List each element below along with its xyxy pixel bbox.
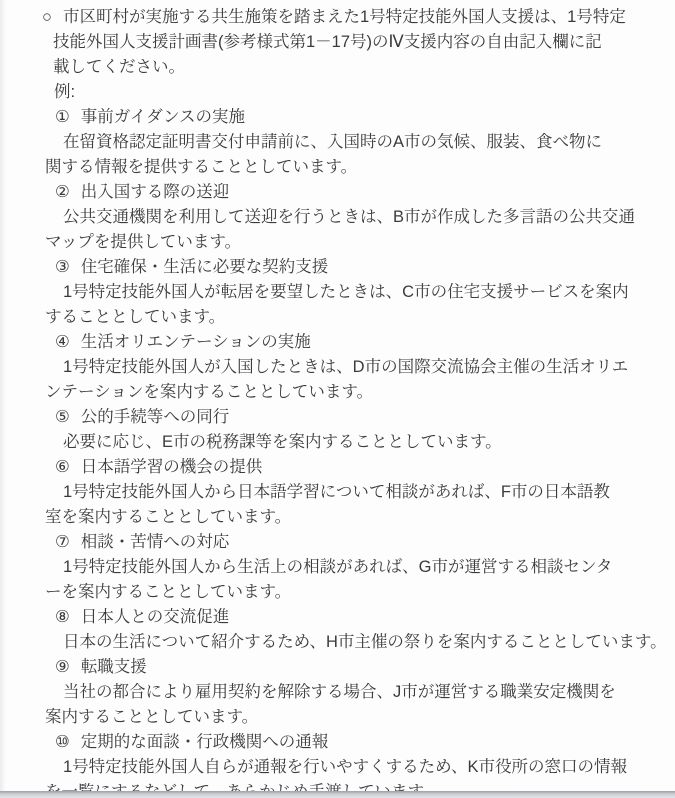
- item-6-title: 日本語学習の機会の提供: [81, 458, 263, 476]
- item-4-title: 生活オリエンテーションの実施: [81, 333, 311, 351]
- item-2-title: 出入国する際の送迎: [81, 183, 230, 201]
- item-4-title-line: ④生活オリエンテーションの実施: [0, 330, 675, 355]
- item-3-body-line-1: 1号特定技能外国人が転居を要望したときは、C市の住宅支援サービスを案内: [0, 280, 675, 305]
- item-5-title: 公的手続等への同行: [81, 408, 230, 426]
- circled-number-6: ⑥: [55, 455, 70, 480]
- item-10-title-line: ⑩定期的な面談・行政機関への通報: [0, 730, 675, 755]
- item-1-title-line: ①事前ガイダンスの実施: [0, 105, 675, 130]
- item-1-body-line-1: 在留資格認定証明書交付申請前に、入国時のA市の気候、服装、食べ物に: [0, 130, 675, 155]
- intro-paragraph-line-1: ○市区町村が実施する共生施策を踏まえた1号特定技能外国人支援は、1号特定: [0, 5, 675, 30]
- document-page: ○市区町村が実施する共生施策を踏まえた1号特定技能外国人支援は、1号特定 技能外…: [0, 0, 675, 798]
- item-7-body-line-2: ーを案内することとしています。: [0, 580, 675, 605]
- intro-paragraph-line-3: 載してください。: [0, 55, 675, 80]
- circled-number-1: ①: [55, 105, 70, 130]
- item-3-title-line: ③住宅確保・生活に必要な契約支援: [0, 255, 675, 280]
- item-4-body-line-1: 1号特定技能外国人が入国したときは、D市の国際交流協会主催の生活オリエ: [0, 355, 675, 380]
- item-1-body-line-2: 関する情報を提供することとしています。: [0, 155, 675, 180]
- item-10-body-line-1: 1号特定技能外国人自らが通報を行いやすくするため、K市役所の窓口の情報: [0, 755, 675, 780]
- item-8-title-line: ⑧日本人との交流促進: [0, 605, 675, 630]
- item-7-title-line: ⑦相談・苦情への対応: [0, 530, 675, 555]
- item-9-title-line: ⑨転職支援: [0, 655, 675, 680]
- item-6-title-line: ⑥日本語学習の機会の提供: [0, 455, 675, 480]
- circled-number-10: ⑩: [55, 730, 70, 755]
- item-7-body-line-1: 1号特定技能外国人から生活上の相談があれば、G市が運営する相談センタ: [0, 555, 675, 580]
- item-8-body-line-1: 日本の生活について紹介するため、H市主催の祭りを案内することとしています。: [0, 630, 675, 655]
- item-2-body-line-2: マップを提供しています。: [0, 230, 675, 255]
- item-9-body-line-2: 案内することとしています。: [0, 705, 675, 730]
- circled-number-2: ②: [55, 180, 70, 205]
- item-5-body-line-1: 必要に応じ、E市の税務課等を案内することとしています。: [0, 430, 675, 455]
- circled-number-8: ⑧: [55, 605, 70, 630]
- item-3-body-line-2: することとしています。: [0, 305, 675, 330]
- intro-text-1: 市区町村が実施する共生施策を踏まえた1号特定技能外国人支援は、1号特定: [63, 8, 626, 26]
- circled-number-5: ⑤: [55, 405, 70, 430]
- circled-number-4: ④: [55, 330, 70, 355]
- item-6-body-line-1: 1号特定技能外国人から日本語学習について相談があれば、F市の日本語教: [0, 480, 675, 505]
- circle-bullet-icon: ○: [42, 5, 52, 30]
- scan-bottom-edge-bar: [0, 791, 675, 798]
- example-label: 例:: [0, 80, 675, 105]
- item-10-title: 定期的な面談・行政機関への通報: [81, 733, 329, 751]
- circled-number-7: ⑦: [55, 530, 70, 555]
- item-9-title: 転職支援: [81, 658, 147, 676]
- item-6-body-line-2: 室を案内することとしています。: [0, 505, 675, 530]
- item-7-title: 相談・苦情への対応: [81, 533, 230, 551]
- item-9-body-line-1: 当社の都合により雇用契約を解除する場合、J市が運営する職業安定機関を: [0, 680, 675, 705]
- intro-paragraph-line-2: 技能外国人支援計画書(参考様式第1－17号)のⅣ支援内容の自由記入欄に記: [0, 30, 675, 55]
- item-2-body-line-1: 公共交通機関を利用して送迎を行うときは、B市が作成した多言語の公共交通: [0, 205, 675, 230]
- item-3-title: 住宅確保・生活に必要な契約支援: [81, 258, 329, 276]
- circled-number-9: ⑨: [55, 655, 70, 680]
- item-4-body-line-2: ンテーションを案内することとしています。: [0, 380, 675, 405]
- item-8-title: 日本人との交流促進: [81, 608, 230, 626]
- item-5-title-line: ⑤公的手続等への同行: [0, 405, 675, 430]
- item-1-title: 事前ガイダンスの実施: [81, 108, 245, 126]
- item-2-title-line: ②出入国する際の送迎: [0, 180, 675, 205]
- circled-number-3: ③: [55, 255, 70, 280]
